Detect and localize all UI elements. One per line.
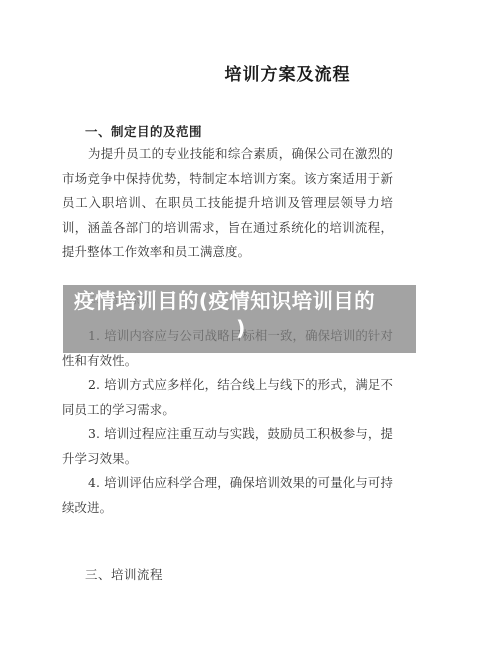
document-title: 培训方案及流程 xyxy=(0,60,500,85)
overlay-title-continuation: ) xyxy=(236,315,245,342)
section-heading-purpose: 一、制定目的及范围 xyxy=(85,122,202,140)
section-paragraph-purpose: 为提升员工的专业技能和综合素质，确保公司在激烈的市场竞争中保持优势，特制定本培训… xyxy=(62,142,393,265)
section-heading-process: 三、培训流程 xyxy=(85,565,163,583)
document-page: 培训方案及流程 一、制定目的及范围 为提升员工的专业技能和综合素质，确保公司在激… xyxy=(0,0,500,647)
list-item-principle-4: 4. 培训评估应科学合理，确保培训效果的可量化与可持续改进。 xyxy=(62,471,393,520)
list-item-principle-2: 2. 培训方式应多样化，结合线上与线下的形式，满足不同员工的学习需求。 xyxy=(62,373,393,422)
overlay-title: 疫情培训目的(疫情知识培训目的 xyxy=(74,288,424,315)
list-item-principle-3: 3. 培训过程应注重互动与实践，鼓励员工积极参与，提升学习效果。 xyxy=(62,422,393,471)
